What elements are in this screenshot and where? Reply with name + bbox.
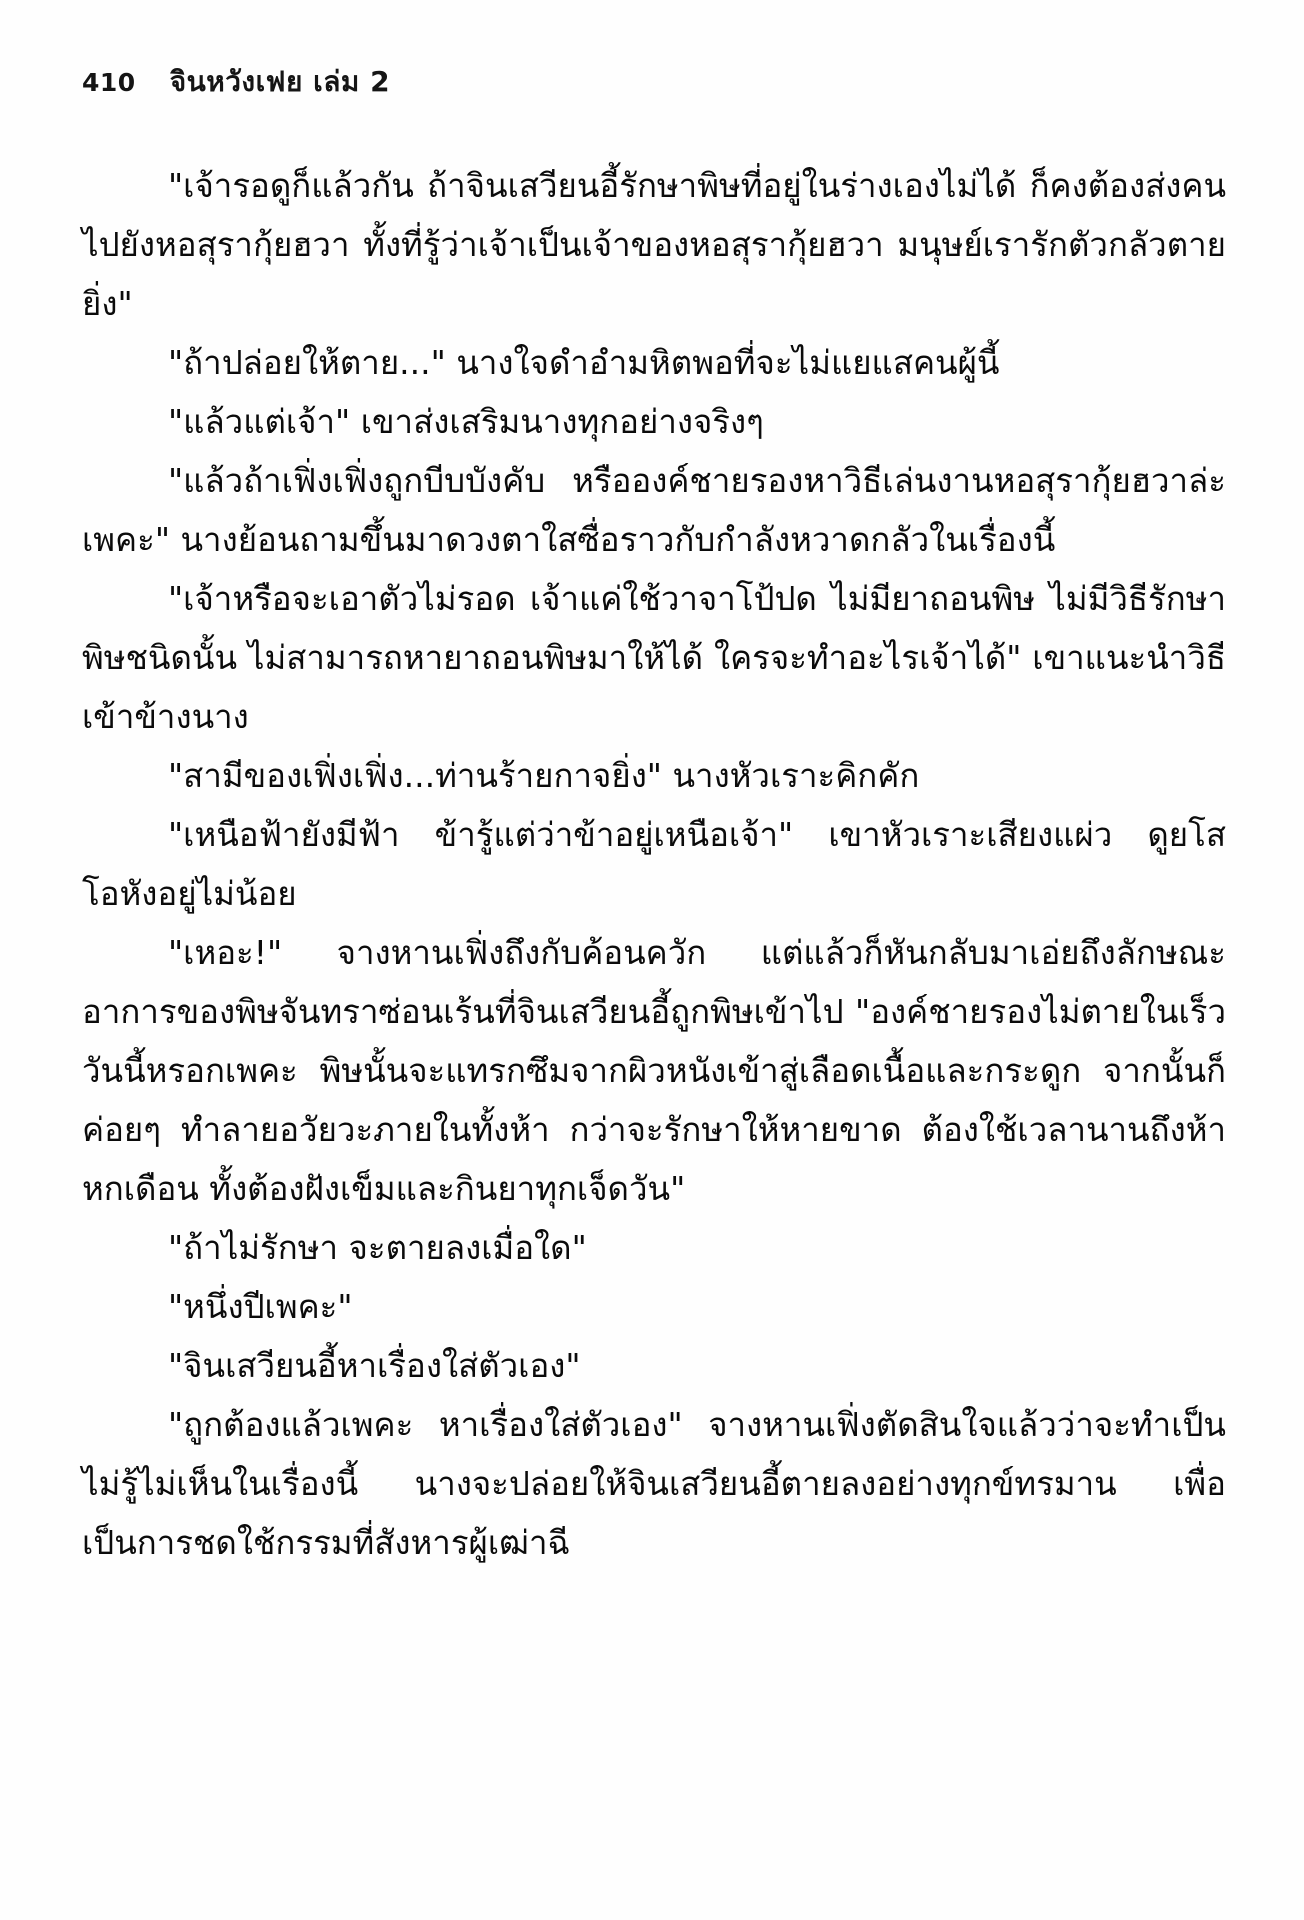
paragraph: "แล้วถ้าเฟิ่งเฟิ่งถูกบีบบังคับ หรือองค์ช…: [82, 451, 1226, 569]
page-number: 410: [82, 68, 136, 97]
paragraph: "ถ้าปล่อยให้ตาย..." นางใจดำอำมหิตพอที่จะ…: [82, 333, 1226, 392]
book-page: 410 จินหวังเฟย เล่ม 2 "เจ้ารอดูก็แล้วกัน…: [0, 0, 1304, 1920]
paragraph: "แล้วแต่เจ้า" เขาส่งเสริมนางทุกอย่างจริง…: [82, 392, 1226, 451]
paragraph: "เหอะ!" จางหานเฟิ่งถึงกับค้อนควัก แต่แล้…: [82, 923, 1226, 1218]
paragraph: "เหนือฟ้ายังมีฟ้า ข้ารู้แต่ว่าข้าอยู่เหน…: [82, 805, 1226, 923]
paragraph: "เจ้าหรือจะเอาตัวไม่รอด เจ้าแค่ใช้วาจาโป…: [82, 569, 1226, 746]
page-header: 410 จินหวังเฟย เล่ม 2: [82, 60, 1226, 104]
paragraph: "ถูกต้องแล้วเพคะ หาเรื่องใส่ตัวเอง" จางห…: [82, 1395, 1226, 1572]
paragraph: "เจ้ารอดูก็แล้วกัน ถ้าจินเสวียนอี้รักษาพ…: [82, 156, 1226, 333]
paragraph: "ถ้าไม่รักษา จะตายลงเมื่อใด": [82, 1218, 1226, 1277]
paragraph: "จินเสวียนอี้หาเรื่องใส่ตัวเอง": [82, 1336, 1226, 1395]
paragraph: "สามีของเฟิ่งเฟิ่ง...ท่านร้ายกาจยิ่ง" นา…: [82, 746, 1226, 805]
book-title: จินหวังเฟย เล่ม 2: [170, 60, 390, 104]
body-text: "เจ้ารอดูก็แล้วกัน ถ้าจินเสวียนอี้รักษาพ…: [82, 156, 1226, 1572]
paragraph: "หนึ่งปีเพคะ": [82, 1277, 1226, 1336]
